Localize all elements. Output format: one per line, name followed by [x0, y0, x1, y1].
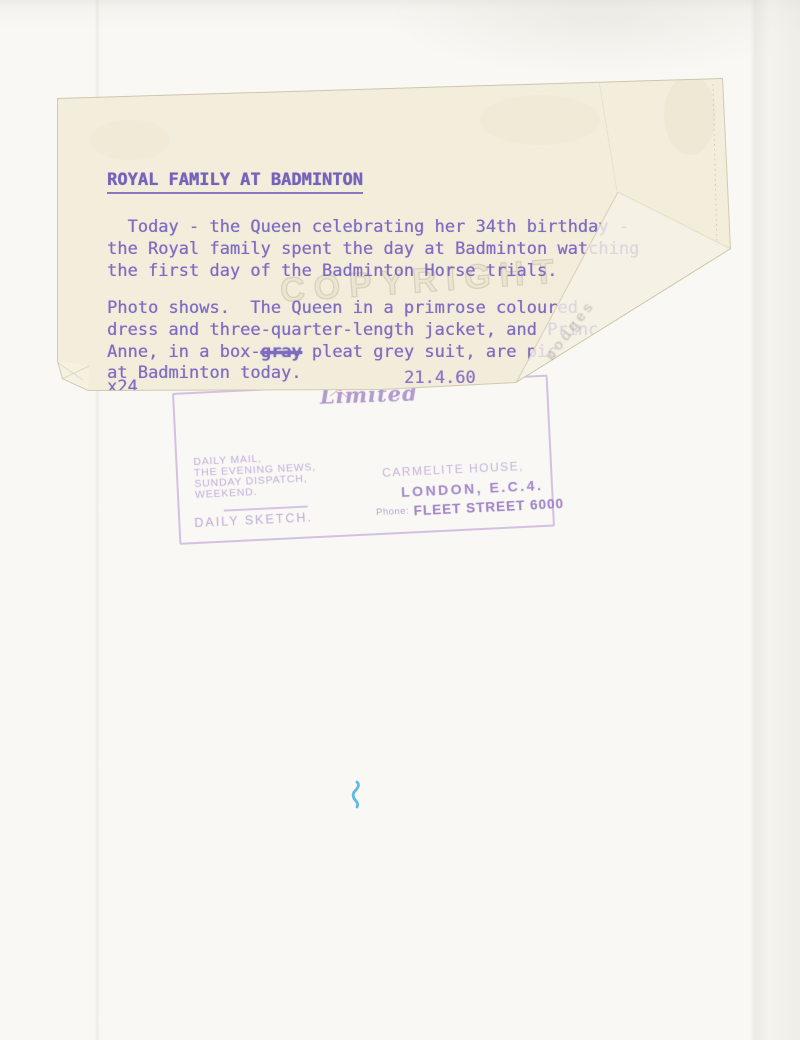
stray-marks — [0, 0, 800, 1040]
photo-back-scan: Limited DAILY MAIL, THE EVENING NEWS, SU… — [0, 0, 800, 1040]
red-pencil-mark — [330, 390, 347, 397]
blue-ink-smudge — [353, 782, 358, 807]
